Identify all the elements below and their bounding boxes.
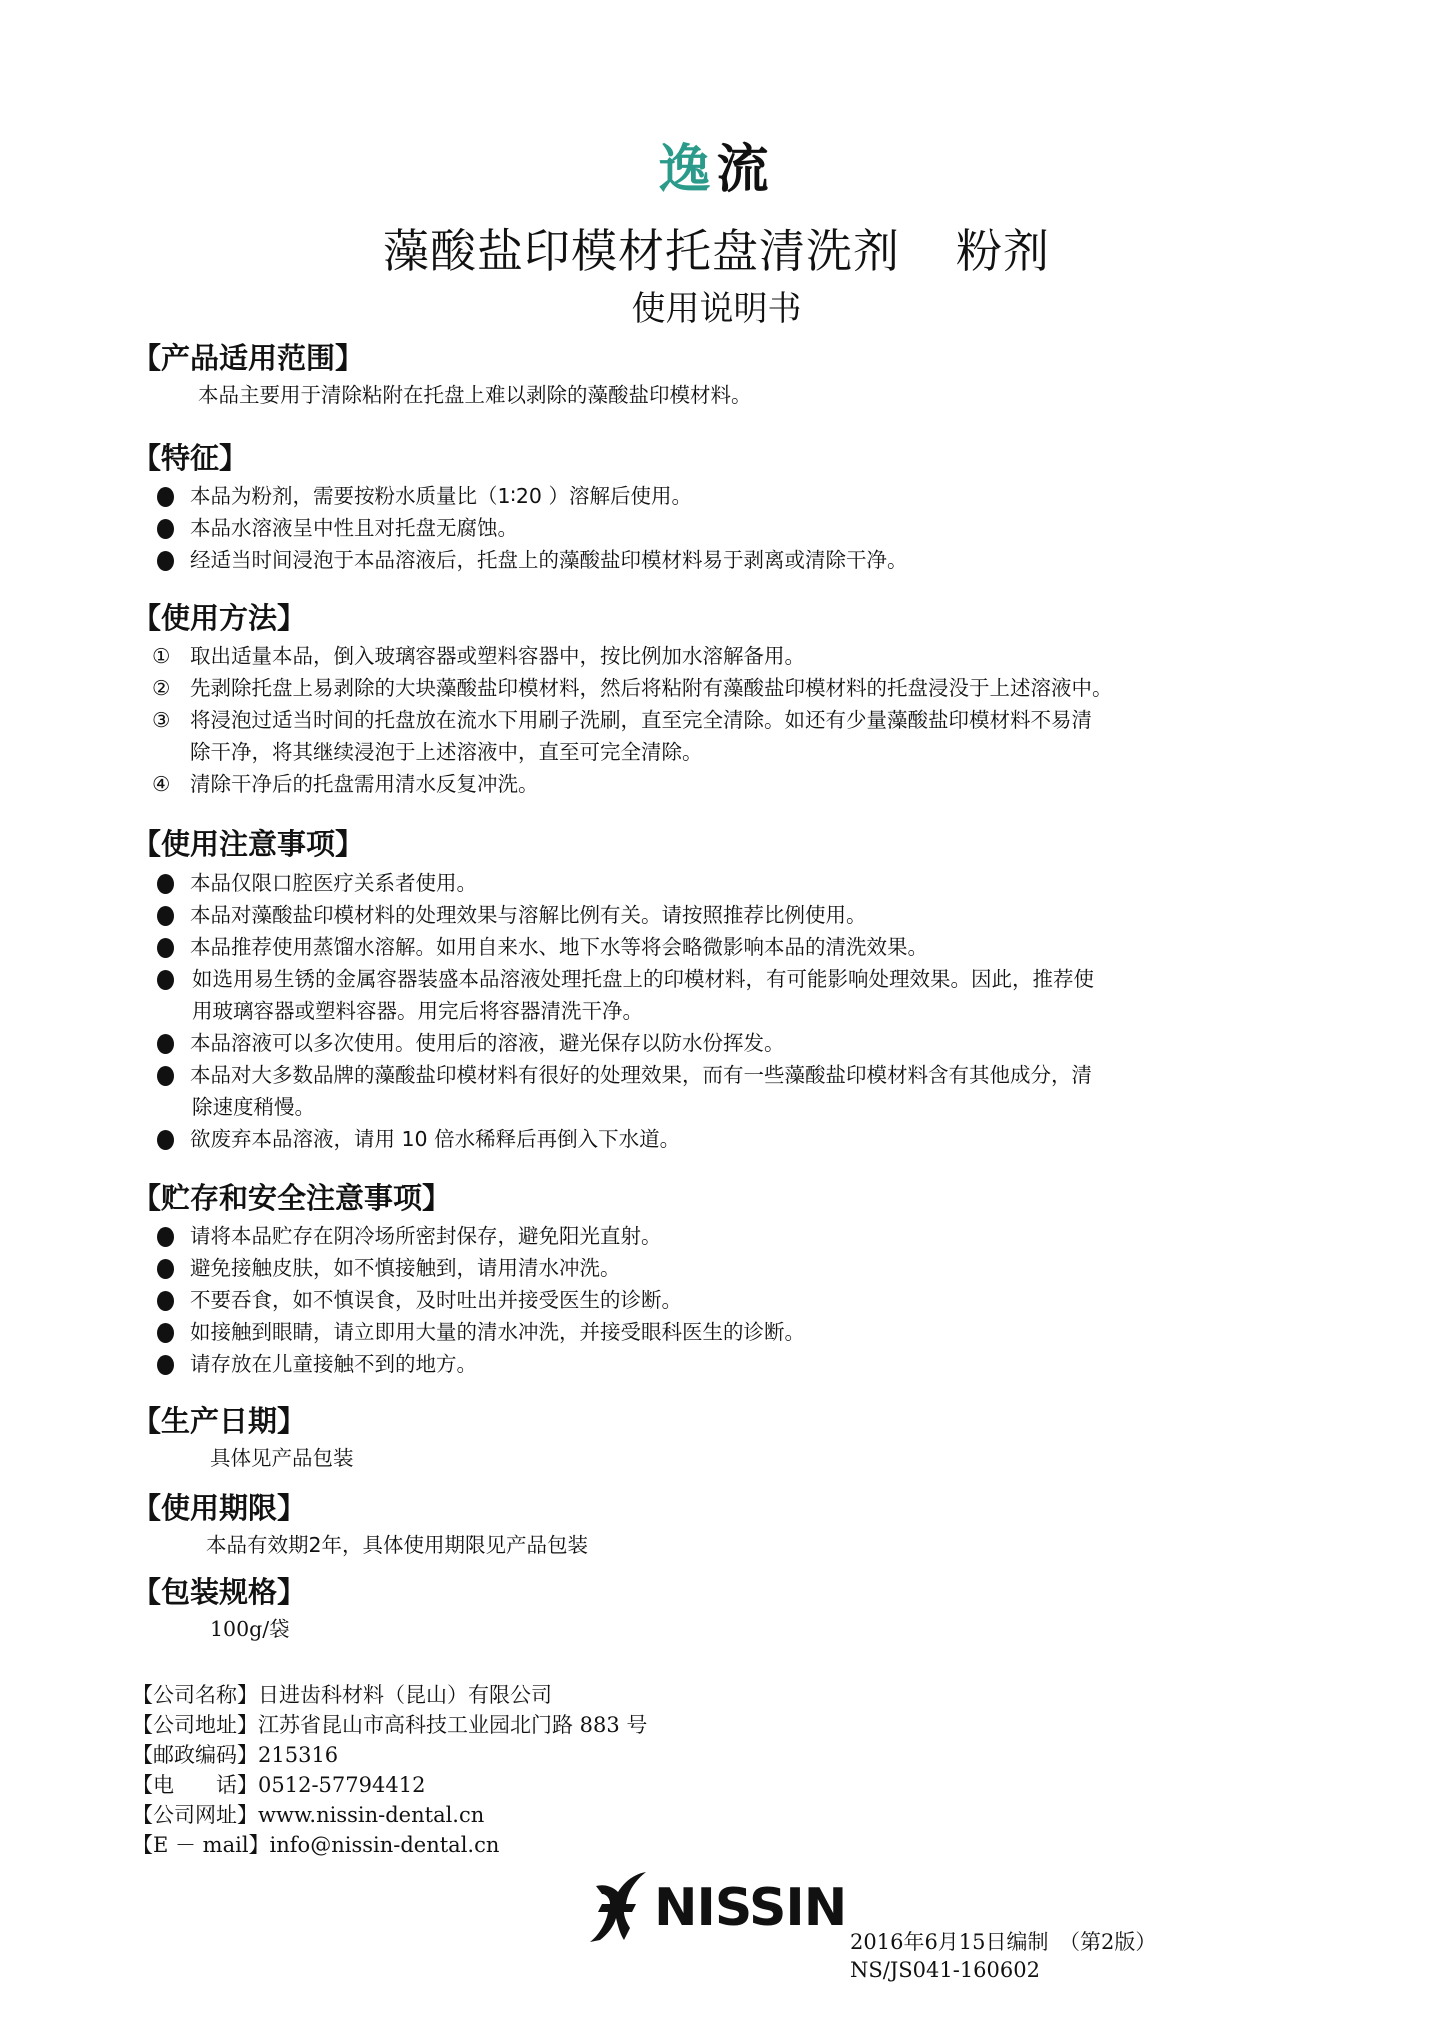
bullet-icon: [157, 874, 174, 894]
company-name-label: 【公司名称】: [132, 1680, 258, 1710]
precaution-item: 本品对大多数品牌的藻酸盐印模材料有很好的处理效果，而有一些藻酸盐印模材料含有其他…: [190, 1060, 1092, 1090]
bullet-icon: [157, 906, 174, 926]
scope-text: 本品主要用于清除粘附在托盘上难以剥除的藻酸盐印模材料。: [198, 380, 752, 410]
website-label: 【公司网址】: [132, 1800, 258, 1830]
phone-row: 【电 话】0512-57794412: [132, 1770, 425, 1800]
email-row: 【E － mail】info@nissin-dental.cn: [132, 1830, 499, 1860]
step-number: ③: [152, 705, 170, 735]
section-heading-production-date: 【生产日期】: [132, 1403, 306, 1439]
section-heading-scope: 【产品适用范围】: [132, 340, 364, 376]
phone: 0512-57794412: [258, 1773, 425, 1797]
company-address-label: 【公司地址】: [132, 1710, 258, 1740]
nissin-wordmark: NISSIN: [654, 1878, 846, 1938]
website-link[interactable]: www.nissin-dental.cn: [258, 1803, 484, 1827]
section-heading-package: 【包装规格】: [132, 1574, 306, 1610]
postcode-label: 【邮政编码】: [132, 1740, 258, 1770]
nissin-logo: NISSIN: [588, 1870, 846, 1946]
precaution-item: 本品仅限口腔医疗关系者使用。: [190, 868, 477, 898]
feature-item: 本品水溶液呈中性且对托盘无腐蚀。: [190, 513, 518, 543]
precaution-item: 本品对藻酸盐印模材料的处理效果与溶解比例有关。请按照推荐比例使用。: [190, 900, 867, 930]
precaution-item-continued: 用玻璃容器或塑料容器。用完后将容器清洗干净。: [192, 996, 643, 1026]
section-heading-usage: 【使用方法】: [132, 600, 306, 636]
step-number: ②: [152, 673, 170, 703]
company-address-row: 【公司地址】江苏省昆山市高科技工业园北门路 883 号: [132, 1710, 647, 1740]
usage-step: 将浸泡过适当时间的托盘放在流水下用刷子洗刷，直至完全清除。如还有少量藻酸盐印模材…: [190, 705, 1092, 735]
usage-step-continued: 除干净，将其继续浸泡于上述溶液中，直至可完全清除。: [190, 737, 703, 767]
edition-date: 2016年6月15日编制 （第2版）: [850, 1928, 1156, 1956]
company-address: 江苏省昆山市高科技工业园北门路 883 号: [258, 1713, 647, 1737]
section-heading-storage: 【贮存和安全注意事项】: [132, 1180, 451, 1216]
bullet-icon: [157, 1066, 174, 1086]
email-label: 【E － mail】: [132, 1830, 270, 1860]
usage-step: 取出适量本品，倒入玻璃容器或塑料容器中，按比例加水溶解备用。: [190, 641, 805, 671]
section-heading-shelf-life: 【使用期限】: [132, 1490, 306, 1526]
bullet-icon: [157, 1291, 174, 1311]
bullet-icon: [157, 938, 174, 958]
title-form: 粉剂: [956, 224, 1050, 278]
feature-item: 经适当时间浸泡于本品溶液后，托盘上的藻酸盐印模材料易于剥离或清除干净。: [190, 545, 908, 575]
bullet-icon: [157, 1227, 174, 1247]
bullet-icon: [157, 1323, 174, 1343]
bullet-icon: [157, 970, 174, 990]
bullet-icon: [157, 1130, 174, 1150]
phone-label: 【电 话】: [132, 1770, 258, 1800]
bullet-icon: [157, 519, 174, 539]
page-title: 藻酸盐印模材托盘清洗剂粉剂: [0, 223, 1433, 279]
section-heading-features: 【特征】: [132, 440, 248, 476]
precaution-item: 本品推荐使用蒸馏水溶解。如用自来水、地下水等将会略微影响本品的清洗效果。: [190, 932, 928, 962]
precaution-item: 如选用易生锈的金属容器装盛本品溶液处理托盘上的印模材料，有可能影响处理效果。因此…: [192, 964, 1094, 994]
step-number: ①: [152, 641, 170, 671]
precaution-item: 欲废弃本品溶液，请用 10 倍水稀释后再倒入下水道。: [190, 1124, 680, 1154]
storage-item: 不要吞食，如不慎误食，及时吐出并接受医生的诊断。: [190, 1285, 682, 1315]
postcode-row: 【邮政编码】215316: [132, 1740, 338, 1770]
nissin-tooth-icon: [588, 1870, 650, 1946]
section-heading-precautions: 【使用注意事项】: [132, 826, 364, 862]
step-number: ④: [152, 769, 170, 799]
bullet-icon: [157, 487, 174, 507]
feature-item: 本品为粉剂，需要按粉水质量比（1∶20 ）溶解后使用。: [190, 481, 692, 511]
usage-step: 清除干净后的托盘需用清水反复冲洗。: [190, 769, 539, 799]
usage-step: 先剥除托盘上易剥除的大块藻酸盐印模材料，然后将粘附有藻酸盐印模材料的托盘浸没于上…: [190, 673, 1113, 703]
bullet-icon: [157, 1259, 174, 1279]
email-link[interactable]: info@nissin-dental.cn: [270, 1833, 500, 1857]
page-subtitle: 使用说明书: [0, 288, 1433, 330]
brand-logo-yiliu: 逸流: [0, 138, 1433, 202]
title-main: 藻酸盐印模材托盘清洗剂: [383, 224, 900, 278]
shelf-life-text: 本品有效期2年，具体使用期限见产品包装: [206, 1530, 588, 1560]
website-row: 【公司网址】www.nissin-dental.cn: [132, 1800, 484, 1830]
document-code: NS/JS041-160602: [850, 1956, 1040, 1984]
company-name: 日进齿科材料（昆山）有限公司: [258, 1683, 552, 1707]
precaution-item: 本品溶液可以多次使用。使用后的溶液，避光保存以防水份挥发。: [190, 1028, 785, 1058]
precaution-item-continued: 除速度稍慢。: [192, 1092, 315, 1122]
bullet-icon: [157, 1355, 174, 1375]
postcode: 215316: [258, 1743, 338, 1767]
storage-item: 请将本品贮存在阴冷场所密封保存，避免阳光直射。: [190, 1221, 662, 1251]
logo-char-2: 流: [717, 139, 775, 200]
bullet-icon: [157, 551, 174, 571]
storage-item: 避免接触皮肤，如不慎接触到，请用清水冲洗。: [190, 1253, 621, 1283]
logo-char-1: 逸: [658, 139, 716, 200]
storage-item: 请存放在儿童接触不到的地方。: [190, 1349, 477, 1379]
storage-item: 如接触到眼睛，请立即用大量的清水冲洗，并接受眼科医生的诊断。: [190, 1317, 805, 1347]
package-text: 100g/袋: [210, 1614, 290, 1644]
bullet-icon: [157, 1034, 174, 1054]
production-date-text: 具体见产品包装: [210, 1443, 354, 1473]
company-name-row: 【公司名称】日进齿科材料（昆山）有限公司: [132, 1680, 552, 1710]
